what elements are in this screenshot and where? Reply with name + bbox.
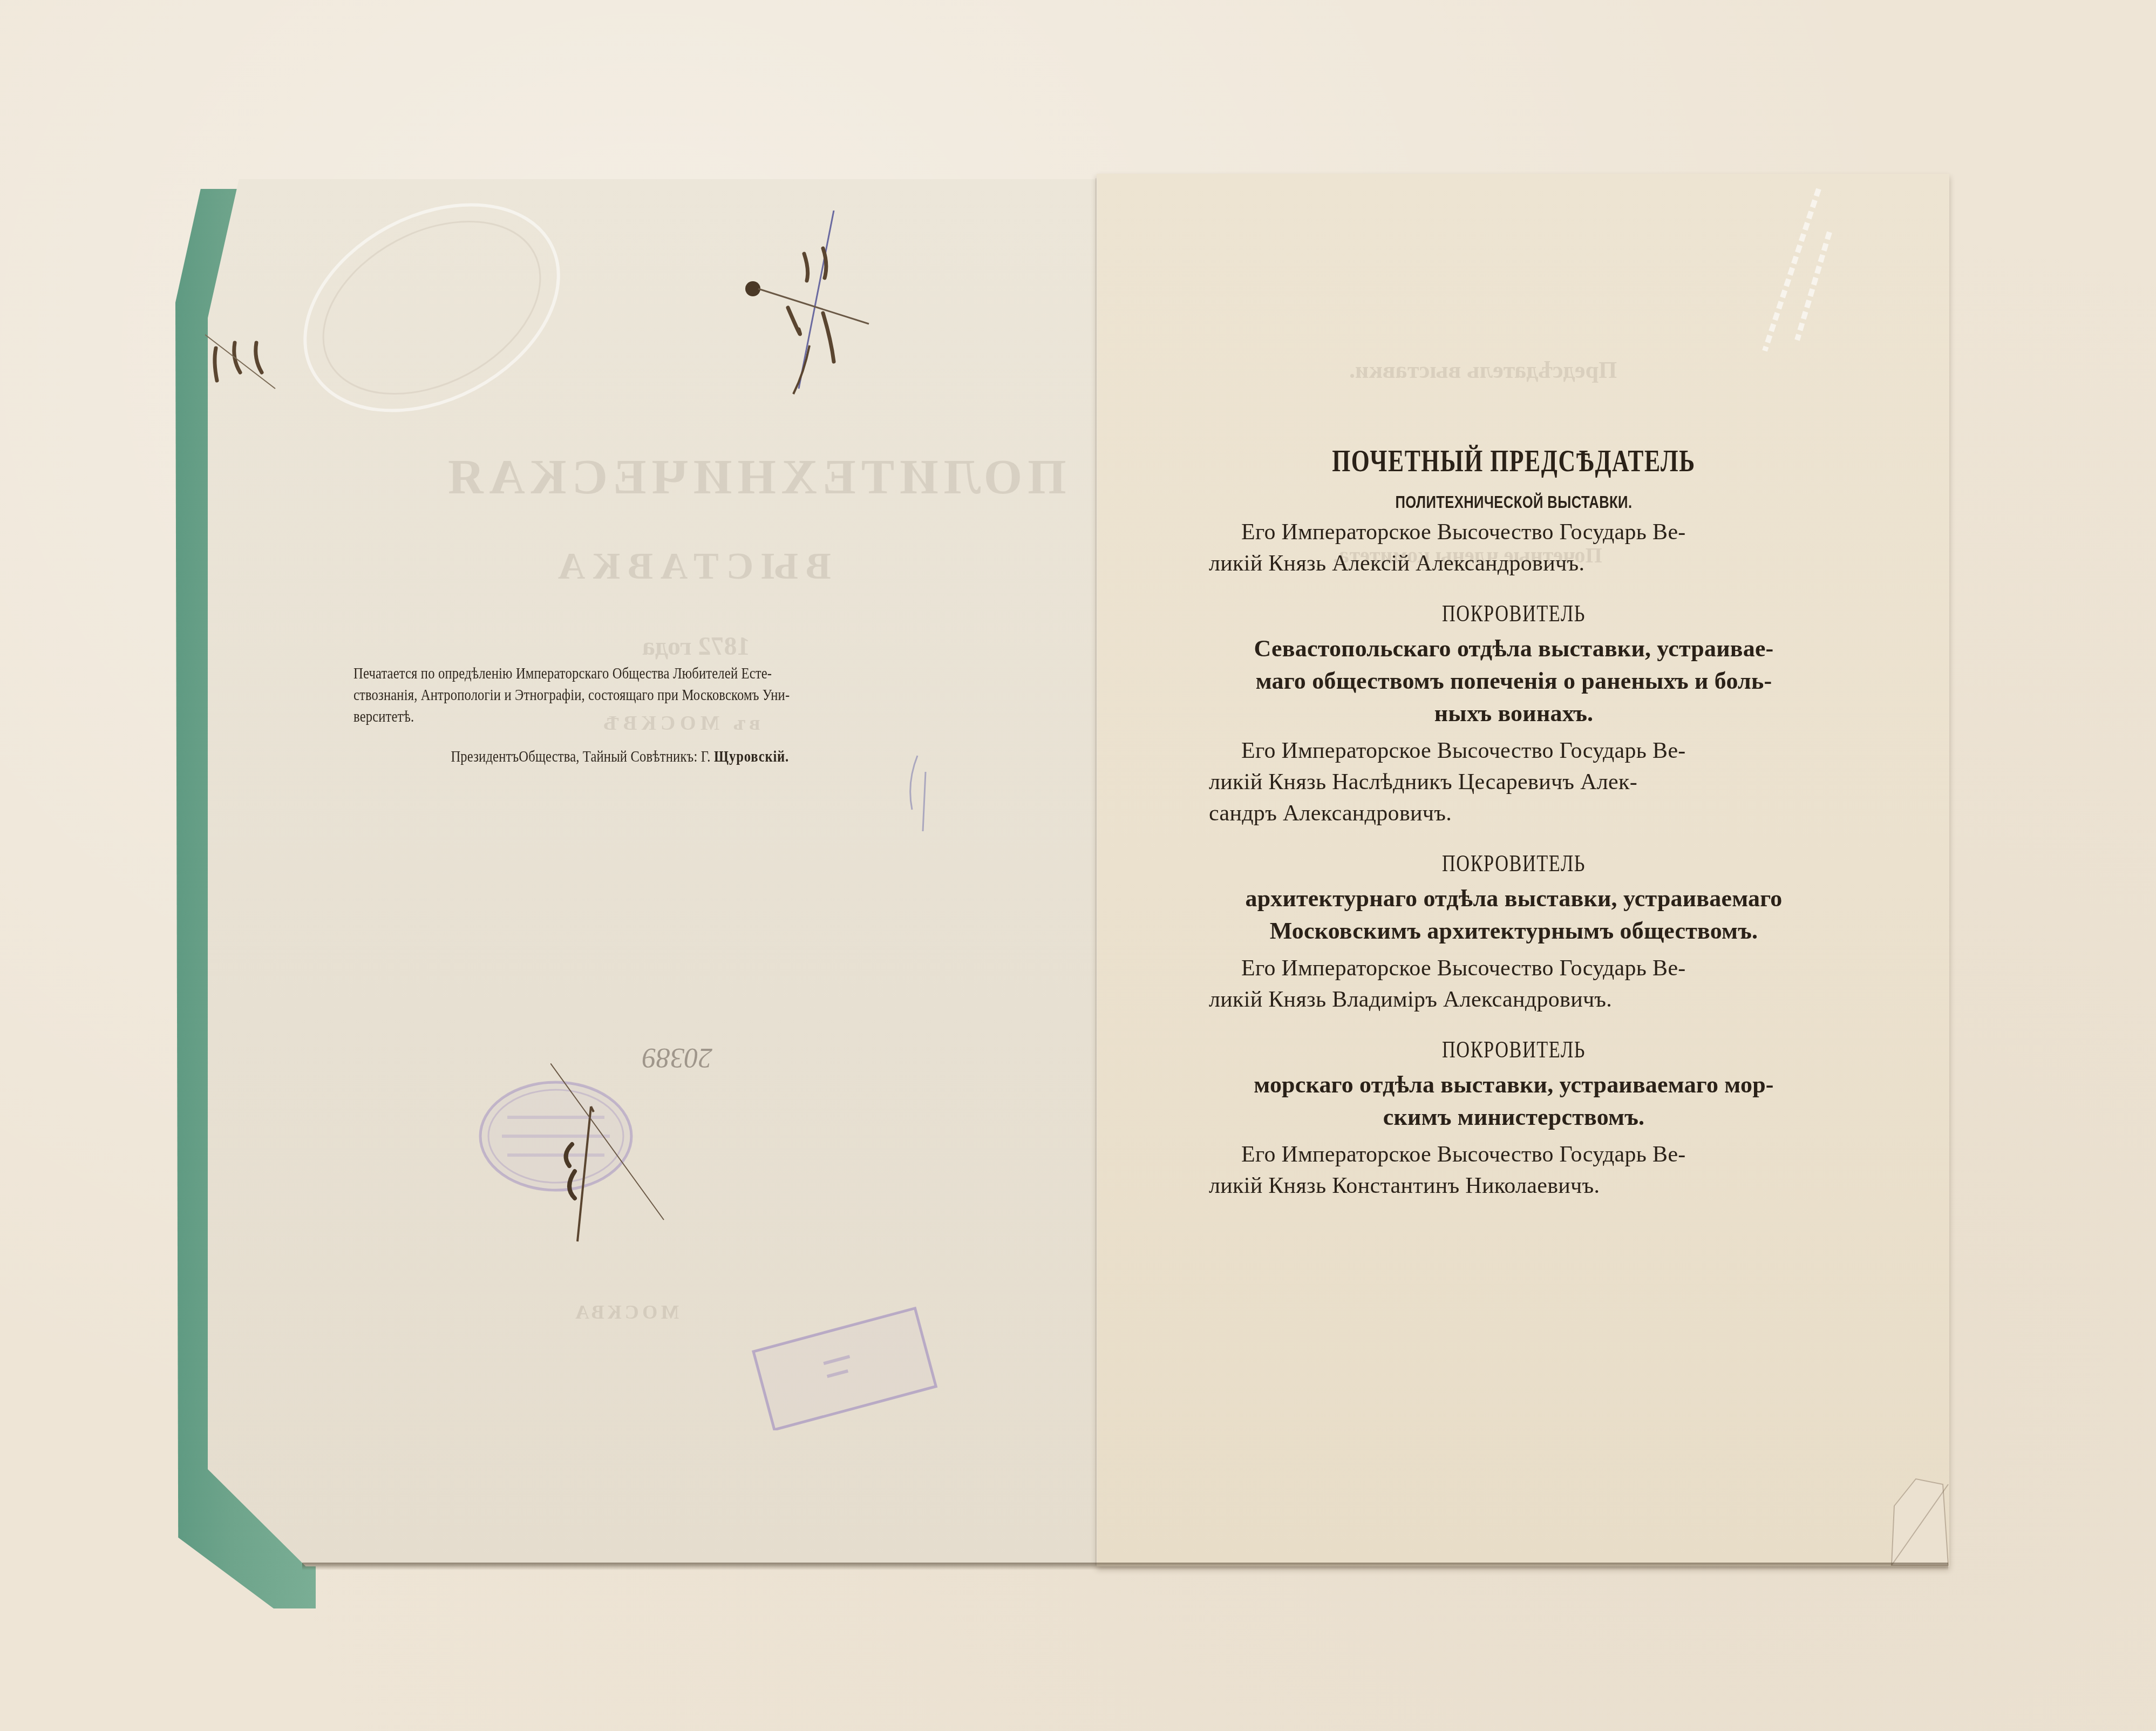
patron-label-3: ПОКРОВИТЕЛЬ: [1276, 1036, 1751, 1063]
show-through-title: ПОЛИТЕХНИЧЕСКАЯ: [443, 448, 1066, 505]
imprint-line-3: верситетѣ.: [353, 708, 414, 725]
department-block-1: Севастопольскаго отдѣла выставки, устраи…: [1209, 633, 1819, 730]
person-line: Его Императорское Высочество Государь Ве…: [1241, 1142, 1686, 1167]
person-line: ликій Князь Алексій Александровичъ.: [1209, 551, 1584, 576]
spine-fold: [1096, 178, 1097, 1565]
signature-prefix: ПрезидентъОбщества, Тайный Совѣтникъ: Г.: [451, 748, 710, 765]
department-line: скимъ министерствомъ.: [1209, 1101, 1819, 1133]
person-block-2: Его Императорское Высочество Государь Ве…: [1209, 953, 1819, 1015]
department-block-3: морскаго отдѣла выставки, устраиваемаго …: [1209, 1069, 1819, 1133]
person-line: Его Императорское Высочество Государь Ве…: [1241, 956, 1686, 981]
department-block-2: архитектурнаго отдѣла выставки, устраива…: [1209, 883, 1819, 947]
person-line: ликій Князь Наслѣдникъ Цесаревичъ Алек-: [1209, 770, 1637, 795]
department-line: ныхъ воинахъ.: [1209, 697, 1819, 730]
show-through-subtitle: ВЫСТАВКА: [550, 545, 831, 588]
department-line: архитектурнаго отдѣла выставки, устраива…: [1209, 883, 1819, 915]
show-through-year: 1872 года: [642, 632, 750, 661]
imprint-paragraph: Печатается по опредѣленію Императорскаго…: [353, 663, 1084, 728]
department-line: морскаго отдѣла выставки, устраиваемаго …: [1209, 1069, 1819, 1101]
page-bottom-shadow: [302, 1563, 1948, 1570]
department-line: Московскимъ архитектурнымъ обществомъ.: [1209, 915, 1819, 947]
department-line: Севастопольскаго отдѣла выставки, устраи…: [1209, 633, 1819, 665]
person-line: ликій Князь Константинъ Николаевичъ.: [1209, 1173, 1600, 1198]
imprint-signature: ПрезидентъОбщества, Тайный Совѣтникъ: Г.…: [353, 746, 1181, 768]
patron-label-2: ПОКРОВИТЕЛЬ: [1276, 850, 1751, 877]
signature-name: Щуровскій.: [714, 748, 789, 765]
person-block-1: Его Императорское Высочество Государь Ве…: [1209, 735, 1819, 829]
right-page-text: ПОЧЕТНЫЙ ПРЕДСѢДАТЕЛЬ ПОЛИТЕХНИЧЕСКОЙ ВЫ…: [1209, 443, 1819, 1201]
person-line: сандръ Александровичъ.: [1209, 801, 1452, 826]
imprint-line-2: ствознанія, Антропологіи и Этнографіи, с…: [353, 686, 790, 704]
person-line: Его Императорское Высочество Государь Ве…: [1241, 520, 1686, 545]
person-block-0: Его Императорское Высочество Государь Ве…: [1209, 517, 1819, 579]
show-through-city-bottom: МОСКВА: [572, 1301, 679, 1323]
left-page-imprint: Печатается по опредѣленію Императорскаго…: [353, 663, 955, 768]
imprint-line-1: Печатается по опредѣленію Императорскаго…: [353, 664, 772, 682]
person-line: Его Императорское Высочество Государь Ве…: [1241, 738, 1686, 763]
department-line: маго обществомъ попеченія о раненыхъ и б…: [1209, 665, 1819, 697]
person-line: ликій Князь Владиміръ Александровичъ.: [1209, 987, 1612, 1012]
person-block-3: Его Императорское Высочество Государь Ве…: [1209, 1139, 1819, 1201]
exhibition-subheading: ПОЛИТЕХНИЧЕСКОЙ ВЫСТАВКИ.: [1270, 492, 1758, 512]
left-page: [208, 179, 1098, 1566]
patron-label-1: ПОКРОВИТЕЛЬ: [1276, 600, 1751, 627]
honorary-chairman-heading: ПОЧЕТНЫЙ ПРЕДСѢДАТЕЛЬ: [1276, 443, 1751, 480]
show-through-right-heading: Предсѣдатель выставки.: [1349, 356, 1617, 384]
